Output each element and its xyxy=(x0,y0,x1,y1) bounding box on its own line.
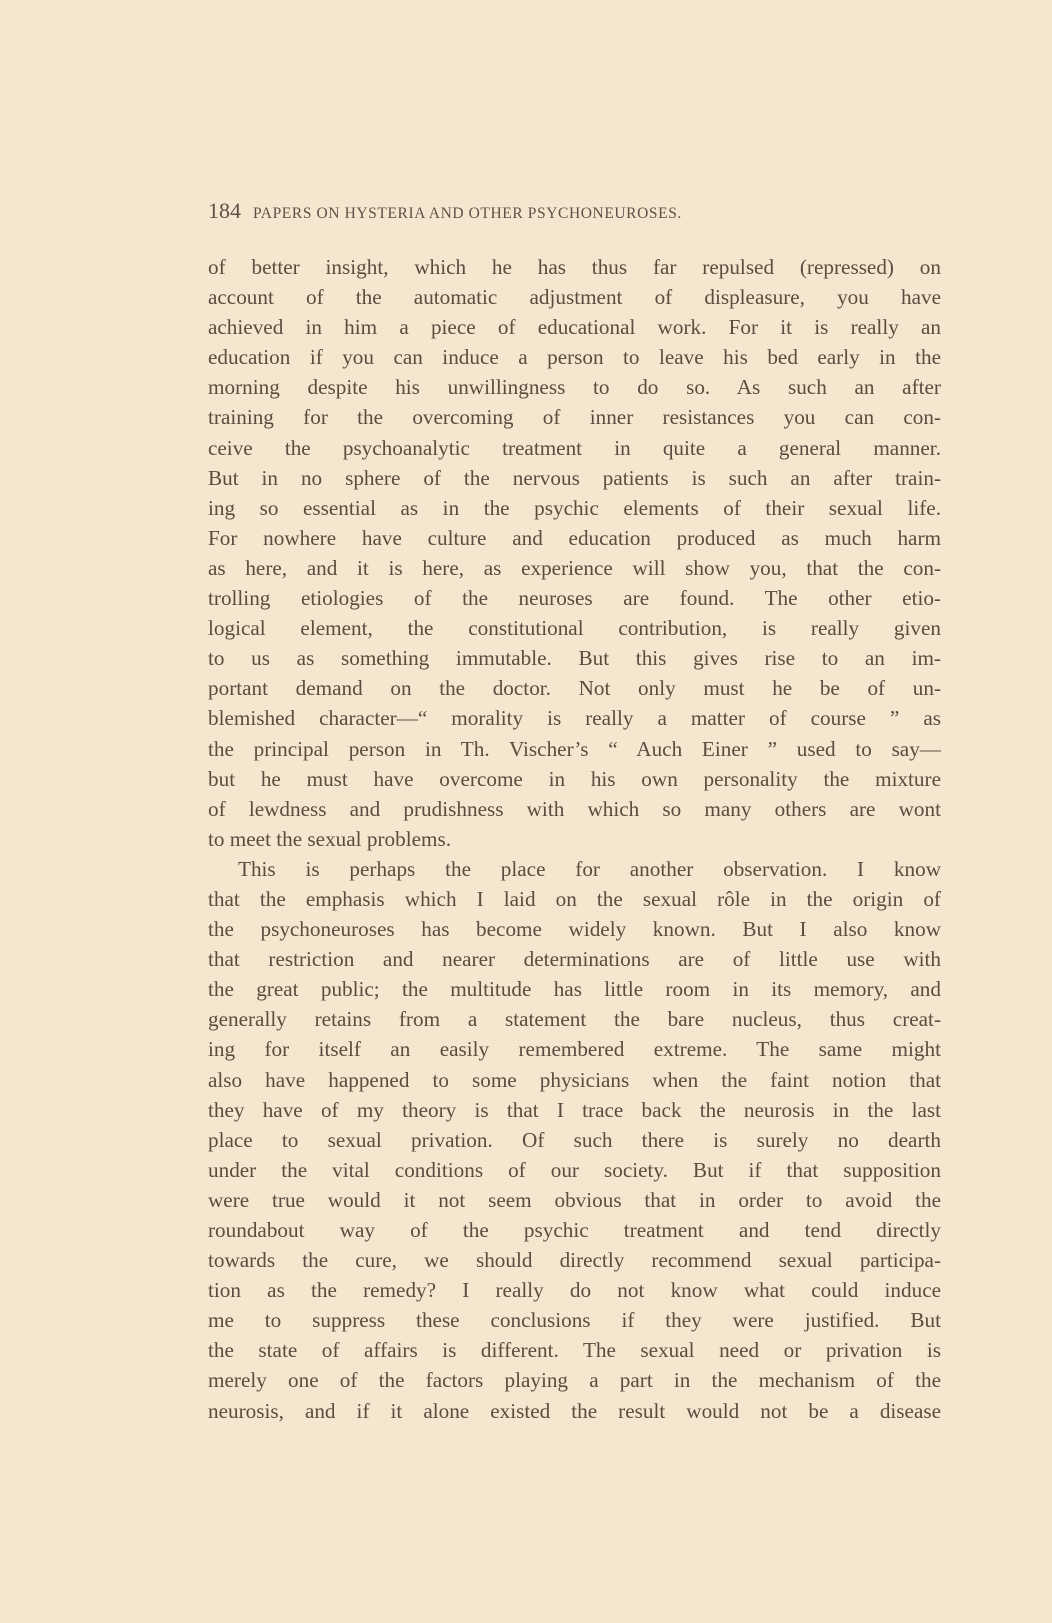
book-page: 184 PAPERS ON HYSTERIA AND OTHER PSYCHON… xyxy=(208,198,941,1426)
text-line: me to suppress these conclusions if they… xyxy=(208,1305,941,1335)
text-line: portant demand on the doctor. Not only m… xyxy=(208,673,941,703)
text-line: roundabout way of the psychic treatment … xyxy=(208,1215,941,1245)
text-line: account of the automatic adjustment of d… xyxy=(208,282,941,312)
text-line: morning despite his unwillingness to do … xyxy=(208,372,941,402)
text-line: merely one of the factors playing a part… xyxy=(208,1365,941,1395)
text-line: were true would it not seem obvious that… xyxy=(208,1185,941,1215)
text-line: the psychoneuroses has become widely kno… xyxy=(208,914,941,944)
text-line: that the emphasis which I laid on the se… xyxy=(208,884,941,914)
text-line: For nowhere have culture and education p… xyxy=(208,523,941,553)
text-line: of lewdness and prudishness with which s… xyxy=(208,794,941,824)
text-line: the great public; the multitude has litt… xyxy=(208,974,941,1004)
text-line: but he must have overcome in his own per… xyxy=(208,764,941,794)
text-line: to us as something immutable. But this g… xyxy=(208,643,941,673)
text-line: trolling etiologies of the neuroses are … xyxy=(208,583,941,613)
text-line: neurosis, and if it alone existed the re… xyxy=(208,1396,941,1426)
text-line: the principal person in Th. Vischer’s “ … xyxy=(208,734,941,764)
text-line: education if you can induce a person to … xyxy=(208,342,941,372)
text-line: they have of my theory is that I trace b… xyxy=(208,1095,941,1125)
page-number: 184 xyxy=(208,198,241,224)
text-line: towards the cure, we should directly rec… xyxy=(208,1245,941,1275)
text-line: achieved in him a piece of educational w… xyxy=(208,312,941,342)
text-line: logical element, the constitutional cont… xyxy=(208,613,941,643)
text-line: tion as the remedy? I really do not know… xyxy=(208,1275,941,1305)
text-line: of better insight, which he has thus far… xyxy=(208,252,941,282)
text-line: But in no sphere of the nervous patients… xyxy=(208,463,941,493)
text-line: ing so essential as in the psychic eleme… xyxy=(208,493,941,523)
body-text: of better insight, which he has thus far… xyxy=(208,252,941,1426)
paragraph-start-line: This is perhaps the place for another ob… xyxy=(208,854,941,884)
running-header: 184 PAPERS ON HYSTERIA AND OTHER PSYCHON… xyxy=(208,198,941,228)
text-line: training for the overcoming of inner res… xyxy=(208,402,941,432)
text-line: blemished character—“ morality is really… xyxy=(208,703,941,733)
text-line: also have happened to some physicians wh… xyxy=(208,1065,941,1095)
text-line: place to sexual privation. Of such there… xyxy=(208,1125,941,1155)
text-line: the state of affairs is different. The s… xyxy=(208,1335,941,1365)
text-line: to meet the sexual problems. xyxy=(208,824,941,854)
text-line: ceive the psychoanalytic treatment in qu… xyxy=(208,433,941,463)
text-line: ing for itself an easily remembered extr… xyxy=(208,1034,941,1064)
text-line: generally retains from a statement the b… xyxy=(208,1004,941,1034)
text-line: under the vital conditions of our societ… xyxy=(208,1155,941,1185)
text-line: as here, and it is here, as experience w… xyxy=(208,553,941,583)
running-title: PAPERS ON HYSTERIA AND OTHER PSYCHONEURO… xyxy=(253,205,682,223)
text-line: that restriction and nearer determinatio… xyxy=(208,944,941,974)
